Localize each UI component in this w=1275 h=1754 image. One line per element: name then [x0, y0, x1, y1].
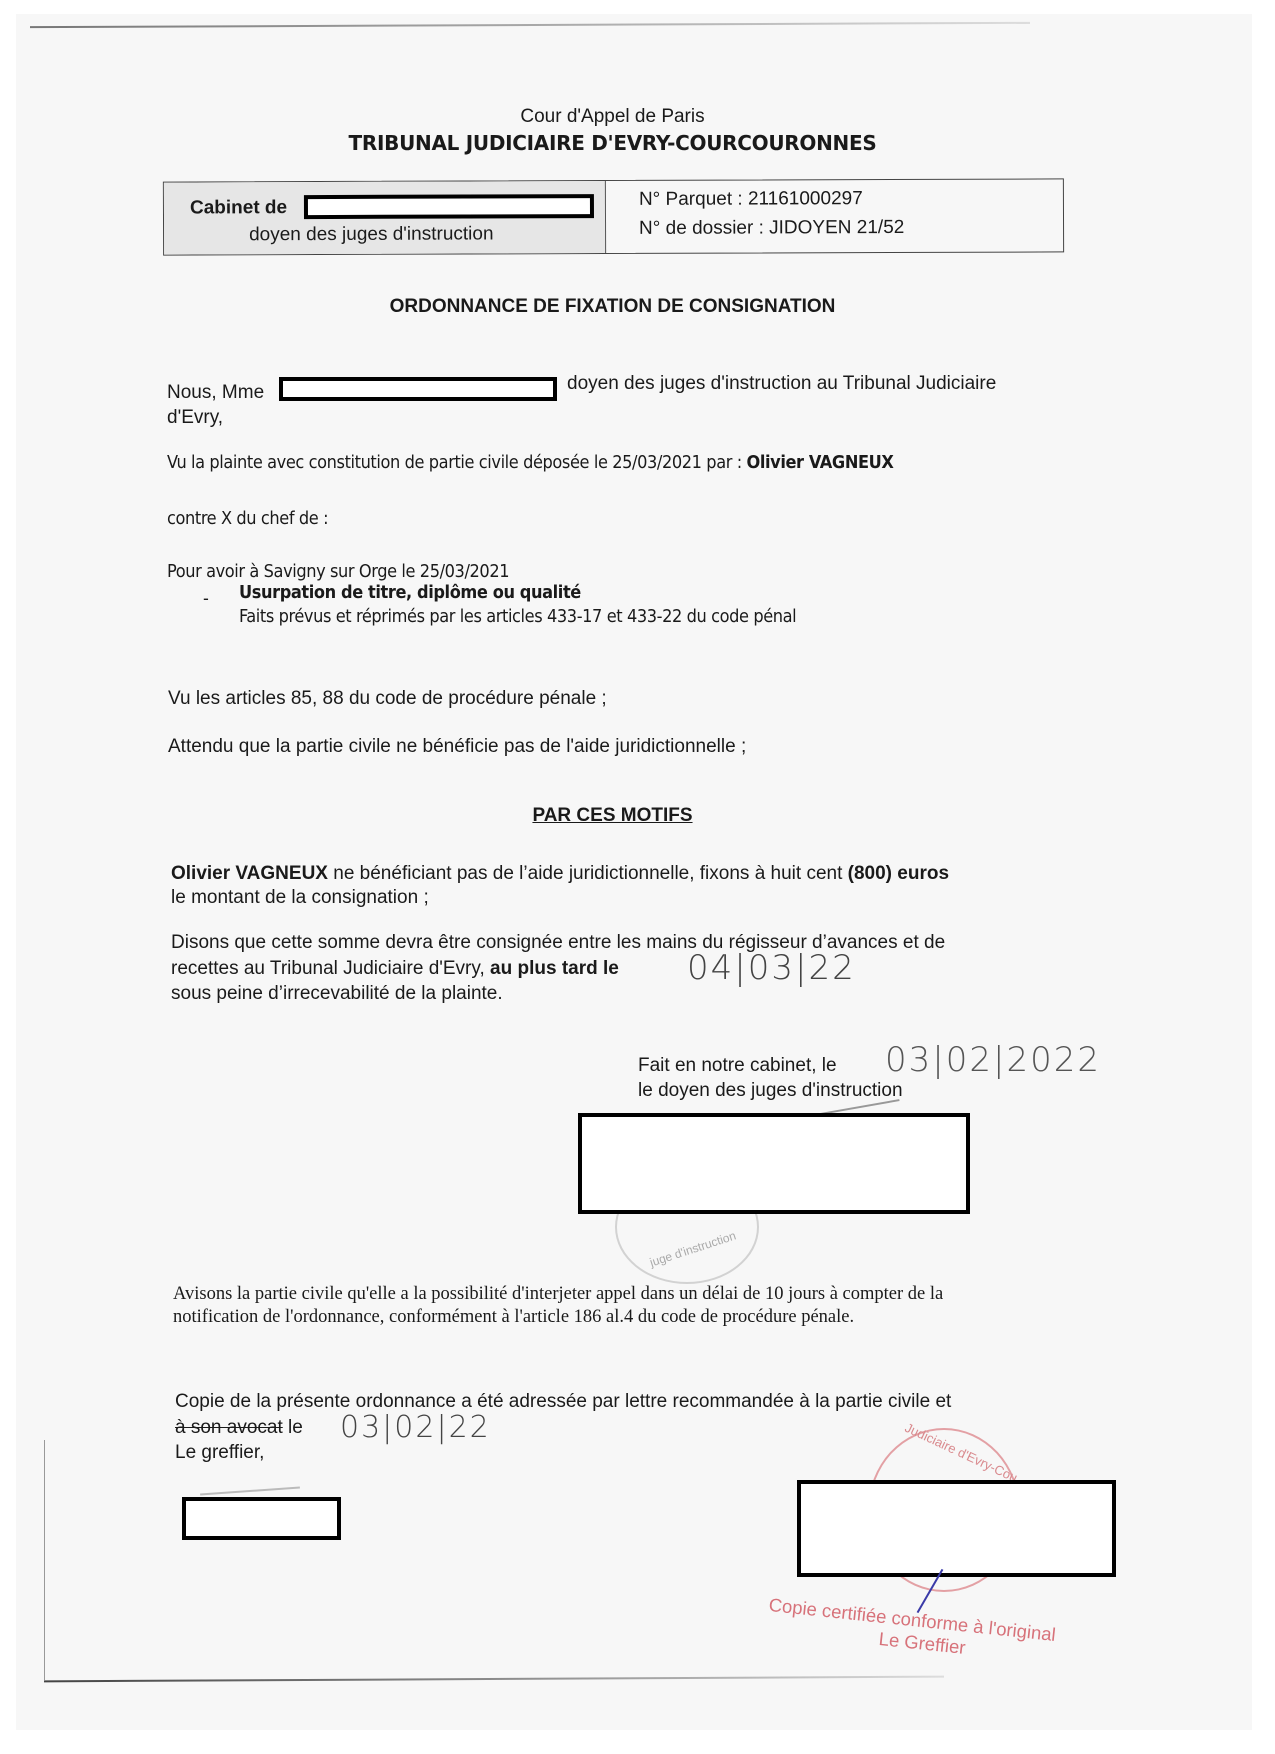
motifs-line1: Olivier VAGNEUX ne bénéficiant pas de l’…	[171, 863, 949, 885]
attendu: Attendu que la partie civile ne bénéfici…	[168, 736, 746, 758]
vu-articles: Vu les articles 85, 88 du code de procéd…	[168, 688, 607, 710]
appeal-line1: Avisons la partie civile qu'elle a la po…	[173, 1284, 943, 1305]
deadline-handwritten: 04|03|22	[687, 948, 856, 988]
disons-line2-text: recettes au Tribunal Judiciaire d'Evry,	[171, 958, 490, 979]
redacted-judge-name-2	[279, 377, 557, 401]
appeal-line2: notification de l'ordonnance, conforméme…	[173, 1307, 854, 1328]
redacted-judge-signature	[578, 1113, 970, 1214]
struck-text: à son avocat	[175, 1417, 283, 1438]
motifs-heading: PAR CES MOTIFS	[0, 805, 1225, 827]
parquet-number: N° Parquet : 21161000297	[639, 188, 863, 211]
doyen-title: le doyen des juges d'instruction	[638, 1080, 903, 1102]
court-name: Cour d'Appel de Paris	[0, 106, 1225, 128]
plainte-text: Vu la plainte avec constitution de parti…	[167, 452, 747, 473]
copy-line2: à son avocat le	[175, 1417, 303, 1439]
redacted-judge-name	[304, 194, 594, 219]
nous-line2: d'Evry,	[167, 407, 223, 429]
document-title: ORDONNANCE DE FIXATION DE CONSIGNATION	[0, 296, 1225, 318]
fait-date-handwritten: 03|02|2022	[885, 1040, 1101, 1080]
disons-line2: recettes au Tribunal Judiciaire d'Evry, …	[171, 958, 619, 980]
redacted-certifier-signature	[797, 1480, 1116, 1577]
dossier-number: N° de dossier : JIDOYEN 21/52	[639, 217, 904, 240]
fait-text: Fait en notre cabinet, le	[638, 1055, 837, 1077]
plaintiff-name: Olivier VAGNEUX	[747, 452, 894, 473]
pour-avoir-line: Pour avoir à Savigny sur Orge le 25/03/2…	[167, 561, 509, 582]
case-info-box: Cabinet de doyen des juges d'instruction…	[163, 178, 1064, 255]
copy-date-handwritten: 03|02|22	[340, 1410, 491, 1445]
motifs-name: Olivier VAGNEUX	[171, 863, 328, 884]
motifs-line1-text: ne bénéficiant pas de l’aide juridiction…	[328, 863, 848, 884]
reference-cell: N° Parquet : 21161000297 N° de dossier :…	[607, 179, 1063, 253]
cabinet-label: Cabinet de	[190, 197, 287, 219]
copy-line1: Copie de la présente ordonnance a été ad…	[175, 1391, 951, 1413]
nous-suffix: doyen des juges d'instruction au Tribuna…	[567, 373, 996, 395]
deadline-label: au plus tard le	[490, 958, 619, 979]
redacted-greffier-signature	[182, 1497, 341, 1540]
tribunal-name: TRIBUNAL JUDICIAIRE D'EVRY-COURCOURONNES	[0, 131, 1225, 155]
copy-le: le	[283, 1417, 303, 1438]
motifs-line2: le montant de la consignation ;	[171, 887, 429, 909]
greffier-label: Le greffier,	[175, 1442, 264, 1464]
plainte-line: Vu la plainte avec constitution de parti…	[167, 452, 893, 473]
cabinet-cell: Cabinet de doyen des juges d'instruction	[164, 181, 606, 255]
articles-penal: Faits prévus et réprimés par les article…	[239, 606, 796, 627]
bullet: -	[203, 588, 208, 609]
nous-prefix: Nous, Mme	[167, 382, 264, 404]
disons-line3: sous peine d’irrecevabilité de la plaint…	[171, 983, 503, 1005]
infraction: Usurpation de titre, diplôme ou qualité	[239, 582, 581, 603]
cabinet-subtitle: doyen des juges d'instruction	[249, 223, 494, 246]
contre-line: contre X du chef de :	[167, 508, 328, 529]
consignation-amount: (800) euros	[848, 863, 949, 884]
left-edge-line	[44, 1440, 45, 1680]
